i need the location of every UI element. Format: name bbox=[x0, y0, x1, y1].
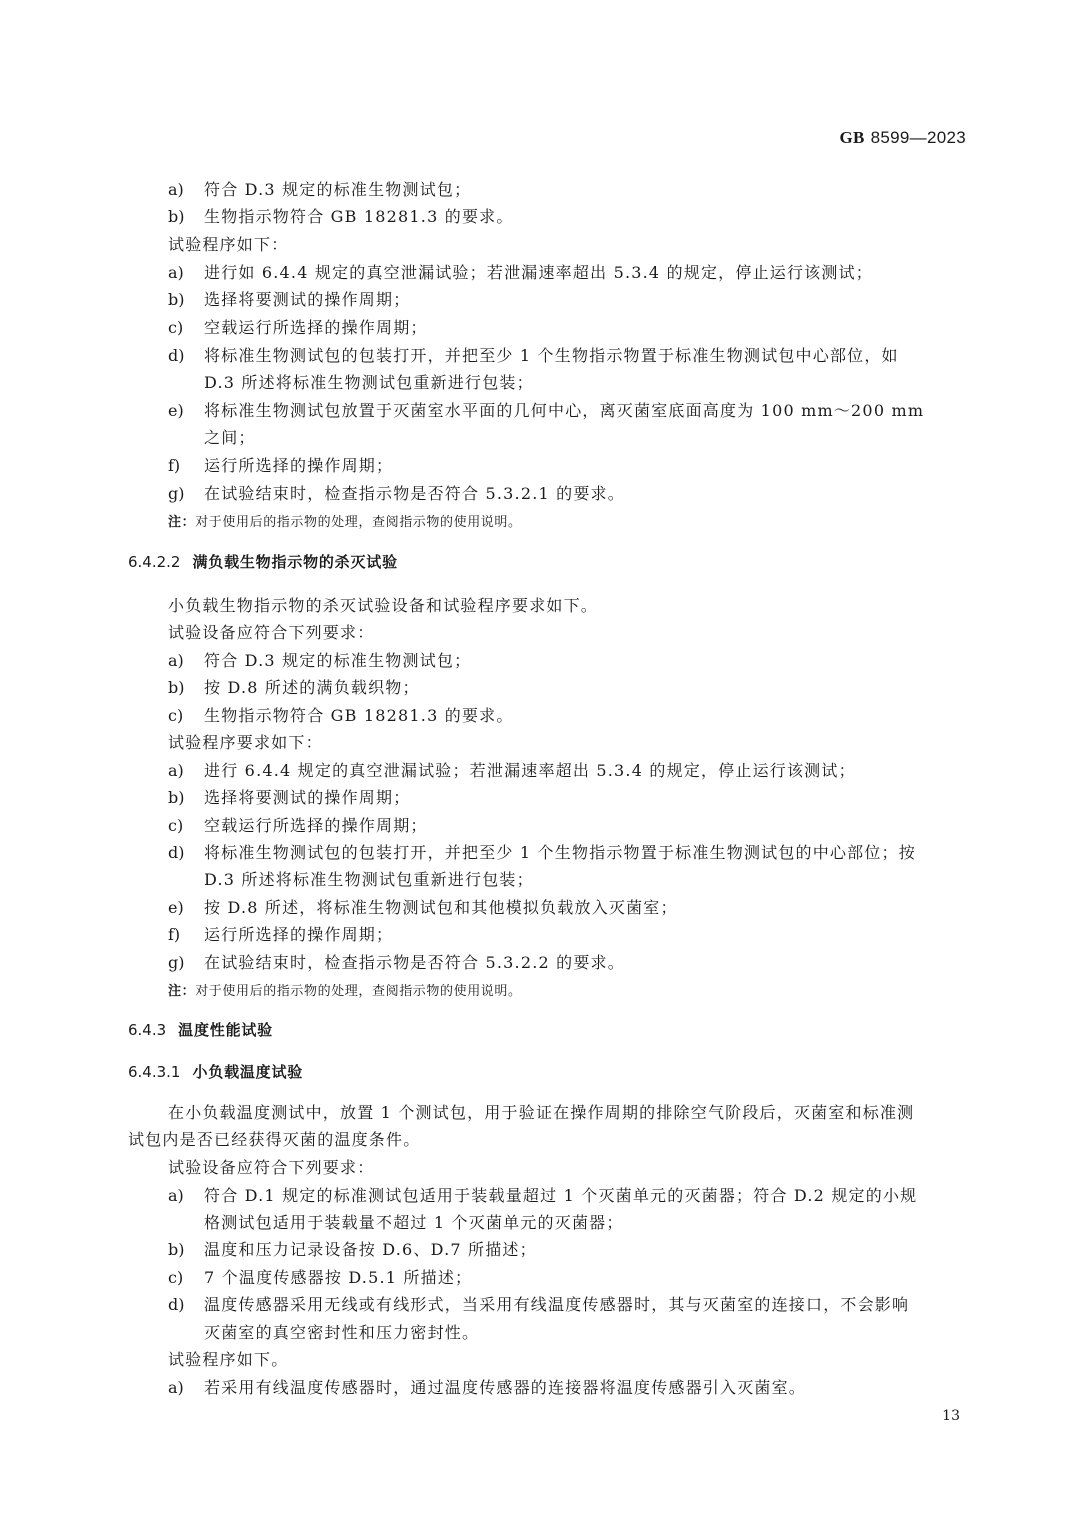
list-item: d)将标准生物测试包的包装打开，并把至少 1 个生物指示物置于标准生物测试包的中… bbox=[168, 843, 916, 863]
list-item: g)在试验结束时，检查指示物是否符合 5.3.2.1 的要求。 bbox=[168, 484, 625, 504]
list-item: a)若采用有线温度传感器时，通过温度传感器的连接器将温度传感器引入灭菌室。 bbox=[168, 1378, 806, 1398]
list-item: c)空载运行所选择的操作周期； bbox=[168, 816, 428, 836]
list-item: b)按 D.8 所述的满负载织物； bbox=[168, 678, 420, 698]
list-item: e)将标准生物测试包放置于灭菌室水平面的几何中心，离灭菌室底面高度为 100 m… bbox=[168, 401, 924, 421]
list-item-continuation: 灭菌室的真空密封性和压力密封性。 bbox=[204, 1323, 479, 1343]
list-item: b)生物指示物符合 GB 18281.3 的要求。 bbox=[168, 207, 514, 227]
standard-number: 8599—2023 bbox=[871, 128, 966, 147]
standard-code-header: GB8599—2023 bbox=[839, 128, 966, 148]
list-item-continuation: 之间； bbox=[204, 428, 256, 448]
note: 注：对于使用后的指示物的处理，查阅指示物的使用说明。 bbox=[168, 982, 522, 1002]
list-item: d)温度传感器采用无线或有线形式，当采用有线温度传感器时，其与灭菌室的连接口，不… bbox=[168, 1295, 909, 1315]
list-item: a)进行 6.4.4 规定的真空泄漏试验；若泄漏速率超出 5.3.4 的规定，停… bbox=[168, 761, 856, 781]
list-item: a)符合 D.3 规定的标准生物测试包； bbox=[168, 180, 471, 200]
paragraph: 在小负载温度测试中，放置 1 个测试包，用于验证在操作周期的排除空气阶段后，灭菌… bbox=[168, 1103, 914, 1123]
procedure-intro: 试验程序如下： bbox=[168, 235, 288, 255]
list-item: b)温度和压力记录设备按 D.6、D.7 所描述； bbox=[168, 1240, 537, 1260]
list-item: f)运行所选择的操作周期； bbox=[168, 456, 393, 476]
section-heading: 6.4.3温度性能试验 bbox=[128, 1020, 273, 1040]
list-item: d)将标准生物测试包的包装打开，并把至少 1 个生物指示物置于标准生物测试包中心… bbox=[168, 346, 899, 366]
list-item: f)运行所选择的操作周期； bbox=[168, 925, 393, 945]
list-item: a)符合 D.1 规定的标准测试包适用于装载量超过 1 个灭菌单元的灭菌器；符合… bbox=[168, 1186, 917, 1206]
list-item: c)生物指示物符合 GB 18281.3 的要求。 bbox=[168, 706, 514, 726]
list-item: b)选择将要测试的操作周期； bbox=[168, 788, 410, 808]
paragraph-continuation: 试包内是否已经获得灭菌的温度条件。 bbox=[128, 1130, 420, 1150]
list-item: c)空载运行所选择的操作周期； bbox=[168, 318, 428, 338]
procedure-intro: 试验程序要求如下： bbox=[168, 733, 323, 753]
procedure-intro: 试验程序如下。 bbox=[168, 1350, 288, 1370]
list-item: a)进行如 6.4.4 规定的真空泄漏试验；若泄漏速率超出 5.3.4 的规定，… bbox=[168, 263, 873, 283]
list-item: b)选择将要测试的操作周期； bbox=[168, 290, 410, 310]
list-item-continuation: D.3 所述将标准生物测试包重新进行包装； bbox=[204, 373, 534, 393]
list-item: a)符合 D.3 规定的标准生物测试包； bbox=[168, 651, 471, 671]
list-item: g)在试验结束时，检查指示物是否符合 5.3.2.2 的要求。 bbox=[168, 953, 625, 973]
paragraph: 小负载生物指示物的杀灭试验设备和试验程序要求如下。 bbox=[168, 596, 598, 616]
list-item-continuation: 格测试包适用于装载量不超过 1 个灭菌单元的灭菌器； bbox=[204, 1213, 624, 1233]
note: 注：对于使用后的指示物的处理，查阅指示物的使用说明。 bbox=[168, 513, 522, 533]
equipment-intro: 试验设备应符合下列要求： bbox=[168, 623, 374, 643]
list-item-continuation: D.3 所述将标准生物测试包重新进行包装； bbox=[204, 870, 534, 890]
section-heading: 6.4.2.2满负载生物指示物的杀灭试验 bbox=[128, 552, 398, 572]
list-item: e)按 D.8 所述，将标准生物测试包和其他模拟负载放入灭菌室； bbox=[168, 898, 678, 918]
section-heading: 6.4.3.1小负载温度试验 bbox=[128, 1062, 303, 1082]
list-item: c)7 个温度传感器按 D.5.1 所描述； bbox=[168, 1268, 472, 1288]
equipment-intro: 试验设备应符合下列要求： bbox=[168, 1158, 374, 1178]
page-number: 13 bbox=[942, 1408, 960, 1424]
standard-prefix: GB bbox=[839, 128, 864, 147]
document-page: GB8599—2023 a)符合 D.3 规定的标准生物测试包； b)生物指示物… bbox=[0, 0, 1080, 1527]
